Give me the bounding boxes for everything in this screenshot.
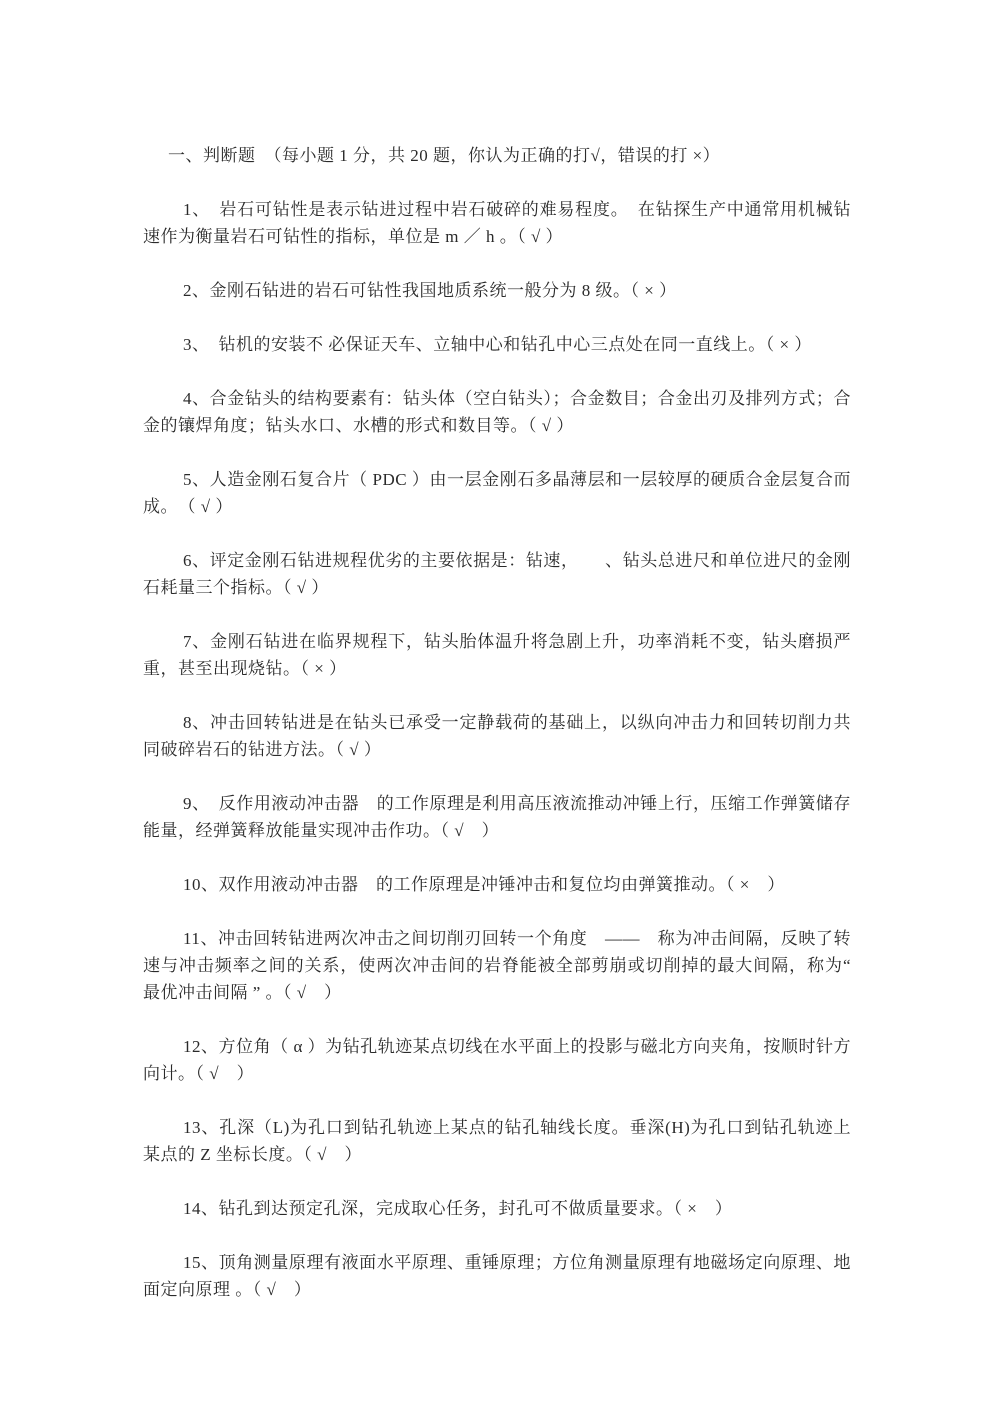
question-7: 7、金刚石钻进在临界规程下，钻头胎体温升将急剧上升，功率消耗不变，钻头磨损严重，…: [143, 628, 851, 682]
section-heading: 一、判断题 （每小题 1 分，共 20 题，你认为正确的打√，错误的打 ×）: [143, 142, 851, 169]
question-3: 3、 钻机的安装不 必保证天车、立轴中心和钻孔中心三点处在同一直线上。（ × ）: [143, 331, 851, 358]
question-2: 2、金刚石钻进的岩石可钻性我国地质系统一般分为 8 级。（ × ）: [143, 277, 851, 304]
question-13: 13、孔深（L)为孔口到钻孔轨迹上某点的钻孔轴线长度。垂深(H)为孔口到钻孔轨迹…: [143, 1114, 851, 1168]
question-11: 11、冲击回转钻进两次冲击之间切削刃回转一个角度 —— 称为冲击间隔，反映了转速…: [143, 925, 851, 1006]
question-8: 8、冲击回转钻进是在钻头已承受一定静载荷的基础上，以纵向冲击力和回转切削力共同破…: [143, 709, 851, 763]
question-15: 15、顶角测量原理有液面水平原理、重锤原理；方位角测量原理有地磁场定向原理、地面…: [143, 1249, 851, 1303]
question-5: 5、人造金刚石复合片（ PDC ）由一层金刚石多晶薄层和一层较厚的硬质合金层复合…: [143, 466, 851, 520]
question-6: 6、评定金刚石钻进规程优劣的主要依据是：钻速， 、钻头总进尺和单位进尺的金刚石耗…: [143, 547, 851, 601]
question-10: 10、双作用液动冲击器 的工作原理是冲锤冲击和复位均由弹簧推动。（ × ）: [143, 871, 851, 898]
question-9: 9、 反作用液动冲击器 的工作原理是利用高压液流推动冲锤上行，压缩工作弹簧储存能…: [143, 790, 851, 844]
document-body: 一、判断题 （每小题 1 分，共 20 题，你认为正确的打√，错误的打 ×） 1…: [143, 142, 851, 1303]
question-14: 14、钻孔到达预定孔深，完成取心任务，封孔可不做质量要求。（ × ）: [143, 1195, 851, 1222]
document-page: { "document": { "heading": "一、判断题 （每小题 1…: [0, 0, 993, 1404]
question-12: 12、方位角（ α ）为钻孔轨迹某点切线在水平面上的投影与磁北方向夹角，按顺时针…: [143, 1033, 851, 1087]
question-4: 4、合金钻头的结构要素有：钻头体（空白钻头）；合金数目；合金出刃及排列方式；合金…: [143, 385, 851, 439]
question-1: 1、 岩石可钻性是表示钻进过程中岩石破碎的难易程度。 在钻探生产中通常用机械钻速…: [143, 196, 851, 250]
